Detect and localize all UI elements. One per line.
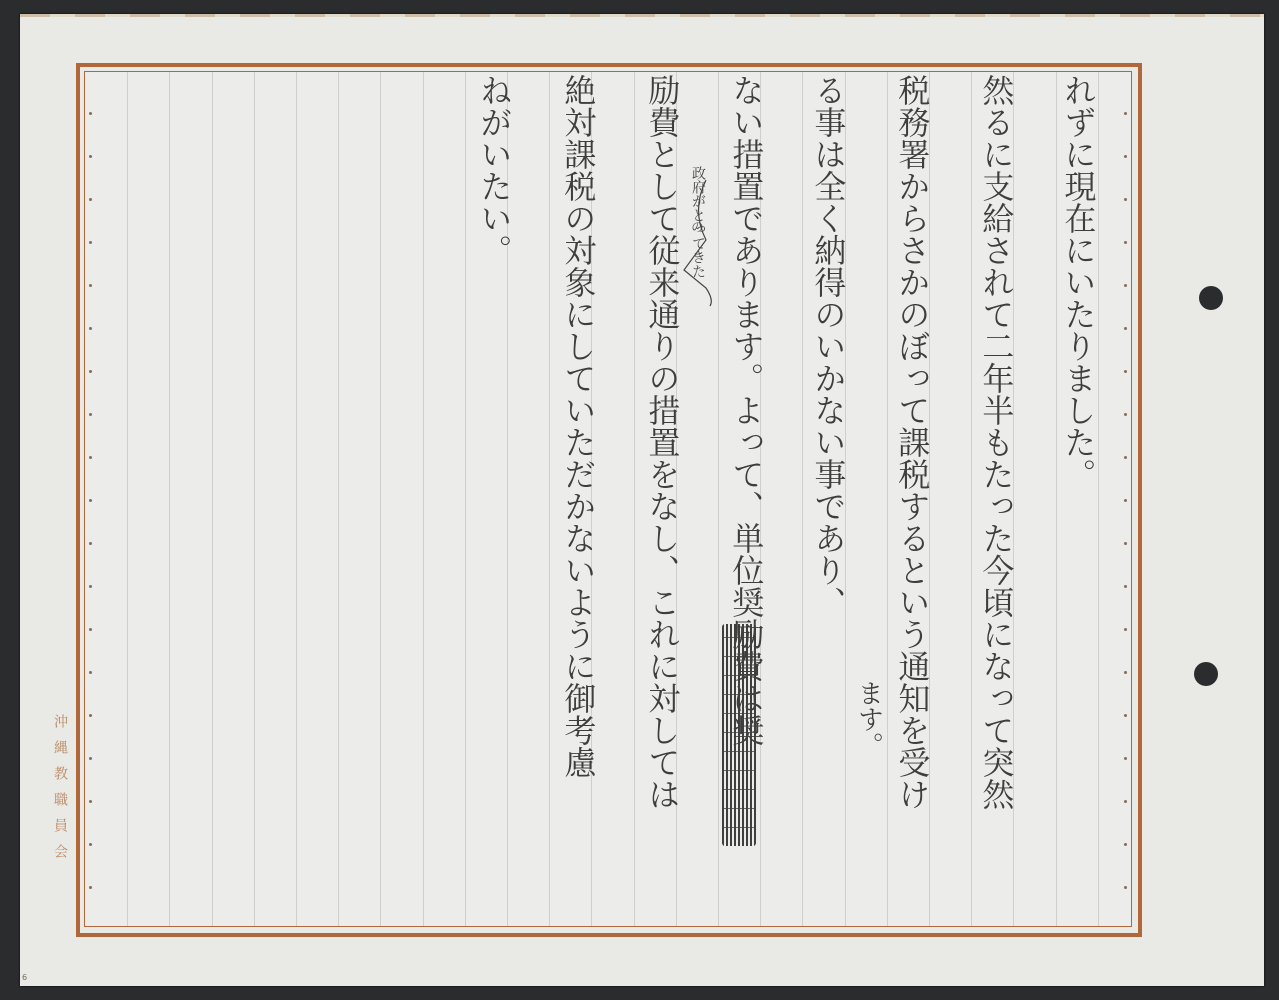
ruling-line [338, 72, 339, 926]
margin-dot [1124, 757, 1127, 760]
margin-dot [89, 757, 92, 760]
margin-dot [89, 198, 92, 201]
margin-dot [89, 413, 92, 416]
ruling-line [212, 72, 213, 926]
margin-dot [89, 370, 92, 373]
text-column-8: 絶対課税の対象にしていただかないように御考慮 [558, 74, 598, 778]
ruling-line [296, 72, 297, 926]
margin-dot [1124, 241, 1127, 244]
margin-dot [89, 241, 92, 244]
binder-hole-bottom [1194, 662, 1218, 686]
margin-dot [1124, 843, 1127, 846]
margin-dot [1124, 671, 1127, 674]
organization-imprint: 沖縄教職員会 [50, 714, 70, 870]
margin-dot [1124, 112, 1127, 115]
margin-dot [89, 714, 92, 717]
margin-dot [1124, 628, 1127, 631]
corner-mark: 6 [22, 973, 27, 982]
ruling-line [423, 72, 424, 926]
binder-hole-top [1199, 286, 1223, 310]
margin-dot [1124, 155, 1127, 158]
margin-dot [89, 499, 92, 502]
ruling-line [380, 72, 381, 926]
ruling-line [1056, 72, 1057, 926]
margin-dot [1124, 370, 1127, 373]
margin-dot [1124, 714, 1127, 717]
text-column-6: ない措置であります。よって、単位奨励費は奨 [726, 74, 766, 746]
margin-dot [89, 112, 92, 115]
insertion-no: の [688, 220, 703, 233]
paper-worn-edge [20, 14, 1264, 17]
text-column-4: る事は全く納得のいかない事であり、 [808, 74, 848, 618]
margin-dot [89, 628, 92, 631]
margin-dot [1124, 585, 1127, 588]
ruling-line [549, 72, 550, 926]
ruling-line [169, 72, 170, 926]
ruling-line [465, 72, 466, 926]
ruling-line [802, 72, 803, 926]
margin-dot [89, 671, 92, 674]
text-column-3: 税務署からさかのぼって課税するという通知を受け [892, 74, 932, 810]
text-column-1: れずに現在にいたりました。 [1058, 74, 1098, 490]
margin-dot [1124, 327, 1127, 330]
insertion-caret-mark [666, 170, 716, 310]
margin-dot [89, 800, 92, 803]
margin-dot [1124, 800, 1127, 803]
ruling-line [127, 72, 128, 926]
margin-dot [1124, 886, 1127, 889]
margin-dot [89, 585, 92, 588]
margin-dot [89, 327, 92, 330]
ruling-line [971, 72, 972, 926]
margin-dot [1124, 456, 1127, 459]
margin-dot [1124, 499, 1127, 502]
text-column-5: ます。 [848, 680, 888, 758]
ruling-line [718, 72, 719, 926]
margin-dot [89, 155, 92, 158]
margin-dot [1124, 542, 1127, 545]
text-column-9: ねがいたい。 [474, 74, 514, 266]
margin-dot [1124, 284, 1127, 287]
margin-dot [89, 456, 92, 459]
ruling-line [254, 72, 255, 926]
margin-dot [89, 843, 92, 846]
margin-dot [89, 886, 92, 889]
ruling-line [634, 72, 635, 926]
margin-dot [1124, 198, 1127, 201]
text-column-2: 然るに支給されて二年半もたった今頃になって突然 [976, 74, 1016, 810]
margin-dot [89, 284, 92, 287]
ruling-line [887, 72, 888, 926]
margin-dot [1124, 413, 1127, 416]
margin-dot [89, 542, 92, 545]
